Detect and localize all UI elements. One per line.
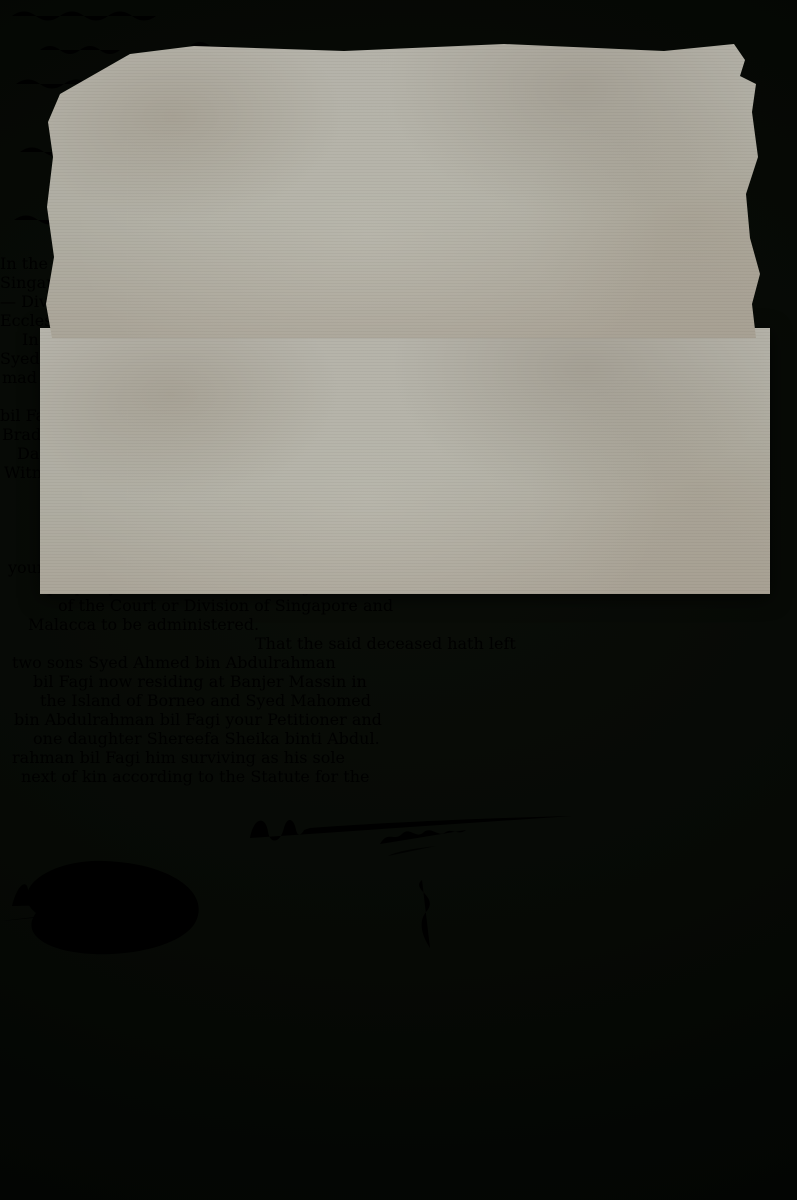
handwritten-line: That the said deceased hath left [255,634,797,653]
handwriting-segment: the Island of [40,691,147,710]
witness-signature [0,851,235,956]
handwriting-segment: next of kin according to the Statute for… [21,767,369,786]
handwriting-segment: That the said deceased hath left [255,634,516,653]
handwriting-segment: rahman bil Fagi [12,748,140,767]
handwritten-line: bin Abdulrahman bil Fagi your Petitioner… [14,710,797,729]
handwritten-line: bil Fagi now residing at Banjer Massin i… [33,672,797,691]
handwriting-segment: now residing at [93,672,229,691]
handwritten-line: of the Court or Division of Singapore an… [58,596,797,615]
handwritten-line: the Island of Borneo and Syed Mahomed [40,691,797,710]
handwritten-line: rahman bil Fagi him surviving as his sol… [12,748,797,767]
handwriting-segment: Syed Ahmed bin Abdulrahman [88,653,335,672]
handwriting-segment: bin Abdulrahman bil Fagi [14,710,220,729]
handwriting-segment: one daughter [33,729,142,748]
handwriting-segment: bil Fagi [33,672,93,691]
handwriting-segment: Borneo [147,691,205,710]
handwriting-segment: and [205,691,245,710]
petition-paragraph-next-of-kin: That the said deceased hath lefttwo sons… [0,634,797,786]
handwriting-segment: Banjer Massin [230,672,347,691]
handwritten-line: Malacca to be administered. [28,615,797,634]
paper-sheet-middle [40,328,770,594]
handwritten-line: next of kin according to the Statute for… [21,767,797,786]
petitioner-signature-mark [240,786,585,956]
handwritten-line: one daughter Shereefa Sheika binti Abdul… [33,729,797,748]
handwriting-segment: Shereefa Sheika binti Abdul. [147,729,380,748]
handwriting-segment: in [346,672,367,691]
handwritten-line: two sons Syed Ahmed bin Abdulrahman [12,653,797,672]
handwriting-segment: Syed Mahomed [245,691,371,710]
paper-sheet-top [44,42,762,338]
scanned-document-background: In the Court of Judicature of Prince of … [0,0,797,1200]
handwriting-segment: your Petitioner and [220,710,382,729]
handwriting-segment: Malacca to be administered. [28,615,259,634]
handwriting-segment: two sons [12,653,83,672]
handwriting-segment: him surviving as his sole [140,748,345,767]
handwriting-segment: of the Court or Division of Singapore an… [58,596,393,615]
